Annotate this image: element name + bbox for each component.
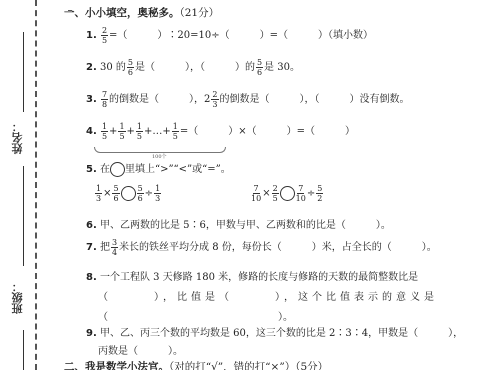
name-line bbox=[23, 166, 24, 266]
numerator: 1 bbox=[136, 122, 143, 132]
question-6: 6. 甲、乙两数的比是 5∶6，甲数与甲、乙两数和的比是（ ）。 bbox=[86, 216, 391, 231]
numerator: 2 bbox=[211, 90, 218, 100]
fraction: 15 bbox=[136, 122, 143, 141]
fraction: 56 bbox=[127, 58, 134, 77]
compare-circle[interactable] bbox=[121, 186, 136, 201]
numerator: 1 bbox=[118, 122, 125, 132]
numerator: 5 bbox=[256, 58, 263, 68]
question-9-line-2: 丙数是（ ）。 bbox=[98, 342, 183, 357]
denominator: 5 bbox=[137, 132, 142, 141]
fraction: 23 bbox=[211, 90, 218, 109]
question-text: 是 30。 bbox=[264, 62, 300, 73]
denominator: 5 bbox=[273, 194, 278, 203]
question-9: 9. 甲、乙、丙三个数的平均数是 60，这三个数的比是 2∶3∶4，甲数是（ ）… bbox=[86, 324, 463, 339]
comparison-2: 710×25710÷52 bbox=[250, 184, 324, 203]
class-line bbox=[23, 330, 24, 370]
fraction: 710 bbox=[251, 184, 261, 203]
name-label: 姓名： bbox=[10, 118, 38, 158]
numerator: 1 bbox=[101, 122, 108, 132]
numerator: 5 bbox=[316, 184, 323, 194]
question-number: 4. bbox=[86, 126, 97, 137]
denominator: 3 bbox=[155, 194, 160, 203]
numerator: 3 bbox=[111, 238, 118, 248]
fraction: 15 bbox=[172, 122, 179, 141]
denominator: 10 bbox=[251, 194, 261, 203]
denominator: 8 bbox=[102, 100, 107, 109]
question-text: 是（ ），（ ）的 bbox=[135, 62, 255, 73]
denominator: 3 bbox=[96, 194, 101, 203]
plus-sign: + bbox=[109, 126, 117, 137]
question-8: 8. 一个工程队 3 天修路 180 米，修路的长度与修路的天数的最简整数比是 bbox=[86, 268, 418, 283]
question-3: 3. 78的倒数是（ ），223的倒数是（ ），（ ）没有倒数。 bbox=[86, 90, 410, 109]
question-number: 3. bbox=[86, 94, 97, 105]
question-4: 4. 15+15+15+…+15=（ ）×（ ）=（ ） bbox=[86, 122, 355, 141]
question-2: 2. 30 的56是（ ），（ ）的56是 30。 bbox=[86, 58, 300, 77]
numerator: 5 bbox=[112, 184, 119, 194]
question-text: 的倒数是（ ），（ ）没有倒数。 bbox=[220, 94, 410, 105]
question-text: 在 bbox=[100, 164, 110, 175]
operator: × bbox=[262, 188, 270, 199]
brace-label: 100个 bbox=[152, 153, 167, 160]
question-number: 5. bbox=[86, 164, 97, 175]
numerator: 1 bbox=[95, 184, 102, 194]
section-2-instruction: （对的打“√”，错的打“×”） bbox=[169, 361, 295, 370]
question-8-line-3: （ ）。 bbox=[98, 308, 293, 323]
section-2-title: 二、我是数学小法官。 bbox=[64, 361, 169, 370]
question-1: 1. 25=（ ）∶20=10÷（ ）=（ ）（填小数） bbox=[86, 26, 373, 45]
fraction: 78 bbox=[101, 90, 108, 109]
question-text: 甲、乙、丙三个数的平均数是 60，这三个数的比是 2∶3∶4，甲数是（ ）， bbox=[100, 328, 463, 339]
denominator: 6 bbox=[257, 68, 262, 77]
section-2-heading: 二、我是数学小法官。（对的打“√”，错的打“×”）（5分） bbox=[64, 359, 328, 370]
fraction: 13 bbox=[95, 184, 102, 203]
class-label: 班级： bbox=[10, 278, 38, 318]
question-text: 30 的 bbox=[100, 62, 126, 73]
question-text: =（ ）∶20=10÷（ ）=（ ）（填小数） bbox=[109, 30, 373, 41]
denominator: 6 bbox=[113, 194, 118, 203]
question-number: 6. bbox=[86, 220, 97, 231]
fraction: 15 bbox=[118, 122, 125, 141]
cut-line bbox=[35, 0, 37, 370]
question-number: 9. bbox=[86, 328, 97, 339]
question-number: 7. bbox=[86, 242, 97, 253]
plus-sign: + bbox=[127, 126, 135, 137]
operator: ÷ bbox=[307, 188, 315, 199]
denominator: 5 bbox=[173, 132, 178, 141]
question-number: 2. bbox=[86, 62, 97, 73]
question-text: 里填上“>”“<”或“=”。 bbox=[125, 164, 231, 175]
fraction: 52 bbox=[316, 184, 323, 203]
comparison-1: 13×5656÷13 bbox=[94, 184, 162, 203]
fraction: 25 bbox=[101, 26, 108, 45]
circle-icon bbox=[110, 162, 125, 177]
fraction: 25 bbox=[272, 184, 279, 203]
question-5: 5. 在里填上“>”“<”或“=”。 bbox=[86, 160, 231, 177]
denominator: 10 bbox=[296, 194, 306, 203]
section-2-points: （5分） bbox=[295, 361, 328, 370]
question-8-line-2: （ ），比值是（ ），这个比值表示的意义是 bbox=[98, 288, 438, 303]
numerator: 1 bbox=[172, 122, 179, 132]
margin-line bbox=[23, 32, 24, 112]
denominator: 3 bbox=[212, 100, 217, 109]
fraction: 56 bbox=[256, 58, 263, 77]
question-7: 7. 把34米长的铁丝平均分成 8 份，每份长（ ）米，占全长的（ ）。 bbox=[86, 238, 437, 257]
ellipsis: +…+ bbox=[144, 126, 171, 137]
question-text: 米长的铁丝平均分成 8 份，每份长（ ）米，占全长的（ ）。 bbox=[119, 242, 437, 253]
numerator: 7 bbox=[101, 90, 108, 100]
numerator: 1 bbox=[154, 184, 161, 194]
fraction: 56 bbox=[137, 184, 144, 203]
question-text: =（ ）×（ ）=（ ） bbox=[180, 126, 355, 137]
numerator: 2 bbox=[272, 184, 279, 194]
fraction: 710 bbox=[296, 184, 306, 203]
denominator: 6 bbox=[138, 194, 143, 203]
section-1-title: 一、小小填空，奥秘多。 bbox=[64, 7, 180, 19]
operator: ÷ bbox=[145, 188, 153, 199]
fraction: 34 bbox=[111, 238, 118, 257]
denominator: 5 bbox=[102, 36, 107, 45]
operator: × bbox=[103, 188, 111, 199]
question-text: 一个工程队 3 天修路 180 米，修路的长度与修路的天数的最简整数比是 bbox=[100, 272, 418, 283]
denominator: 5 bbox=[102, 132, 107, 141]
numerator: 7 bbox=[297, 184, 304, 194]
numerator: 5 bbox=[137, 184, 144, 194]
question-text: 的倒数是（ ），2 bbox=[109, 94, 210, 105]
section-1-heading: 一、小小填空，奥秘多。（21分） bbox=[64, 5, 219, 20]
numerator: 7 bbox=[253, 184, 260, 194]
denominator: 6 bbox=[128, 68, 133, 77]
compare-circle[interactable] bbox=[280, 186, 295, 201]
numerator: 5 bbox=[127, 58, 134, 68]
question-number: 8. bbox=[86, 272, 97, 283]
binding-margin: 姓名： 班级： bbox=[0, 0, 60, 370]
fraction: 15 bbox=[101, 122, 108, 141]
fraction: 13 bbox=[154, 184, 161, 203]
denominator: 5 bbox=[119, 132, 124, 141]
fraction: 56 bbox=[112, 184, 119, 203]
question-text: 甲、乙两数的比是 5∶6，甲数与甲、乙两数和的比是（ ）。 bbox=[100, 220, 391, 231]
numerator: 2 bbox=[101, 26, 108, 36]
denominator: 4 bbox=[112, 248, 117, 257]
question-number: 1. bbox=[86, 30, 97, 41]
section-1-points: （21分） bbox=[180, 7, 220, 19]
question-text: 把 bbox=[100, 242, 110, 253]
denominator: 2 bbox=[317, 194, 322, 203]
